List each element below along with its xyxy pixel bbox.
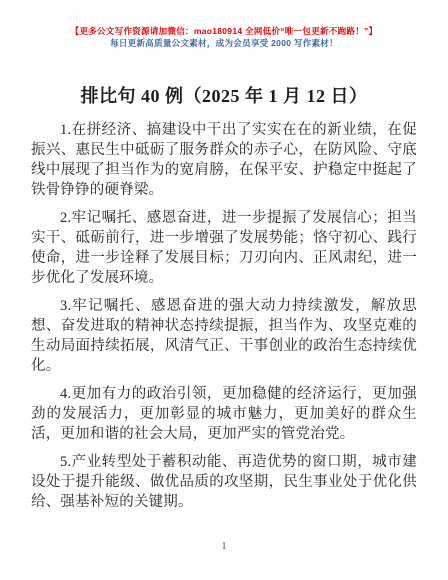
document-page: 【更多公文写作资源请加微信：mao180914 全网低价“唯一包更新不跑路！”】…	[0, 0, 448, 580]
watermark-line-1: 【更多公文写作资源请加微信：mao180914 全网低价“唯一包更新不跑路！”】	[0, 25, 448, 37]
paragraph-5: 5.产业转型处于蓄积动能、再造优势的窗口期，城市建设处于提升能级、做优品质的攻坚…	[31, 452, 417, 512]
paragraph-3: 3.牢记嘱托、感恩奋进的强大动力持续激发，解放思想、奋发进取的精神状态持续提振，…	[31, 296, 417, 376]
paragraph-1: 1.在拼经济、搞建设中干出了实实在在的新业绩，在促振兴、惠民生中砥砺了服务群众的…	[31, 120, 417, 200]
paragraph-4: 4.更加有力的政治引领，更加稳健的经济运行，更加强劲的发展活力，更加彰显的城市魅…	[31, 384, 417, 444]
document-title: 排比句 40 例（2025 年 1 月 12 日）	[0, 82, 448, 108]
watermark-line-2: 每日更新高质量公文素材，成为会员享受 2000 写作素材！	[0, 37, 448, 49]
watermark-header: 【更多公文写作资源请加微信：mao180914 全网低价“唯一包更新不跑路！”】…	[0, 0, 448, 49]
page-number: 1	[0, 541, 448, 552]
document-body: 1.在拼经济、搞建设中干出了实实在在的新业绩，在促振兴、惠民生中砥砺了服务群众的…	[0, 120, 448, 512]
paragraph-2: 2.牢记嘱托、感恩奋进，进一步提振了发展信心；担当实干、砥砺前行，进一步增强了发…	[31, 208, 417, 288]
